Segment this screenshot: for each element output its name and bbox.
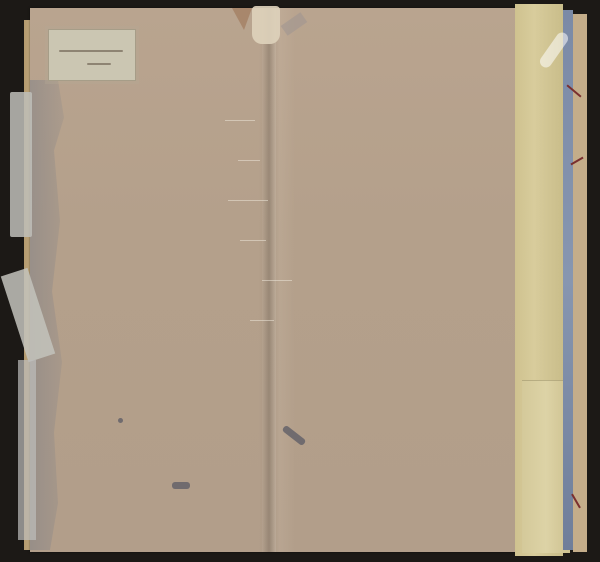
document-photo xyxy=(0,0,600,562)
handwriting-line xyxy=(87,63,111,65)
tape-strip-left xyxy=(10,92,32,237)
tape-strip-left xyxy=(18,360,36,540)
crease-mark xyxy=(240,240,266,241)
handwriting-line xyxy=(59,50,123,52)
crease-mark xyxy=(228,200,268,201)
crease-mark xyxy=(238,160,260,161)
tape-piece-top xyxy=(252,6,280,44)
stain xyxy=(172,482,190,489)
handwritten-label xyxy=(48,29,136,81)
stain xyxy=(118,418,123,423)
crease-mark xyxy=(262,280,292,281)
crease-mark xyxy=(225,120,255,121)
crease-mark xyxy=(250,320,274,321)
